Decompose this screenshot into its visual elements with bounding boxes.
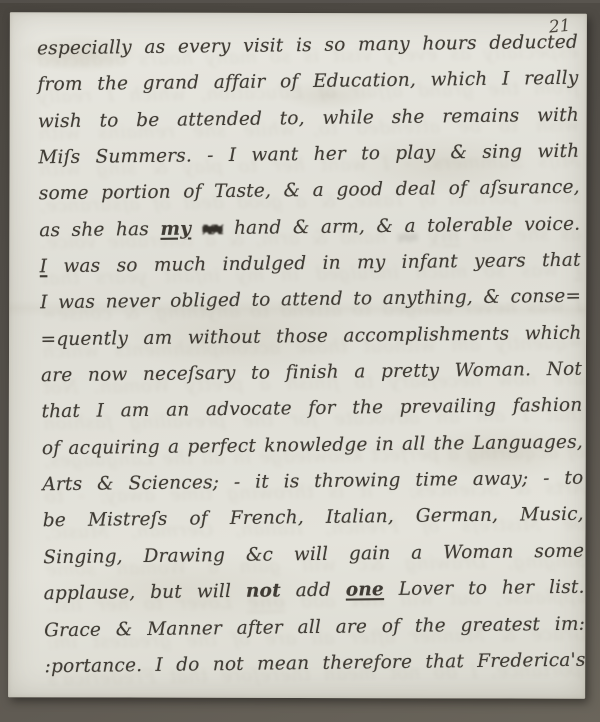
text-segment: of acquiring a perfect knowledge in all …: [42, 431, 583, 459]
text-segment: hand & arm, & a tolerable voice.: [222, 213, 580, 238]
text-segment: not: [246, 581, 281, 602]
text-segment: applause, but will: [44, 581, 246, 604]
text-segment: Singing, Drawing &c will gain a Woman so…: [43, 540, 584, 568]
manuscript-photo: 21 especially as every visit is so many …: [0, 0, 600, 722]
text-segment: wish to be attended to, while she remain…: [38, 104, 579, 132]
text-segment: Lover to her list.: [384, 577, 585, 600]
text-segment: some portion of Taste, & a good deal of …: [39, 177, 580, 205]
letter-line: from the grand affair of Education, whic…: [37, 61, 578, 104]
text-segment: my: [160, 218, 191, 239]
text-segment: :portance. I do not mean therefore that …: [44, 650, 585, 678]
text-segment: be Mistreſs of French, Italian, German, …: [43, 504, 584, 532]
text-segment: [191, 218, 203, 239]
text-segment: that I am an advocate for the prevailing…: [41, 395, 582, 423]
text-segment: from the grand affair of Education, whic…: [37, 68, 578, 96]
letter-body: especially as every visit is so many hou…: [37, 25, 586, 686]
text-segment: especially as every visit is so many hou…: [37, 32, 578, 60]
text-segment: as she has: [39, 219, 160, 241]
letter-line: some portion of Taste, & a good deal of …: [39, 170, 580, 213]
text-segment: Arts & Sciences; - it is throwing time a…: [42, 468, 583, 496]
text-segment: Miſs Summers. - I want her to play & sin…: [38, 141, 579, 169]
crossed-out-word: xx: [202, 218, 222, 239]
text-segment: I was never obliged to attend to anythin…: [40, 286, 581, 314]
text-segment: are now neceſsary to finish a pretty Wom…: [41, 359, 582, 387]
letter-line: that I am an advocate for the prevailing…: [41, 388, 582, 431]
letter-line: I was never obliged to attend to anythin…: [40, 279, 581, 322]
text-segment: was so much indulged in my infant years …: [47, 250, 581, 278]
text-segment: one: [346, 579, 384, 600]
text-segment: =quently am without those accomplishment…: [40, 322, 581, 350]
letter-line: :portance. I do not mean therefore that …: [44, 643, 585, 686]
manuscript-page: 21 especially as every visit is so many …: [8, 12, 587, 699]
letter-line: applause, but will not add one Lover to …: [44, 570, 585, 613]
text-segment: Grace & Manner after all are of the grea…: [44, 613, 585, 641]
text-segment: add: [281, 580, 346, 602]
